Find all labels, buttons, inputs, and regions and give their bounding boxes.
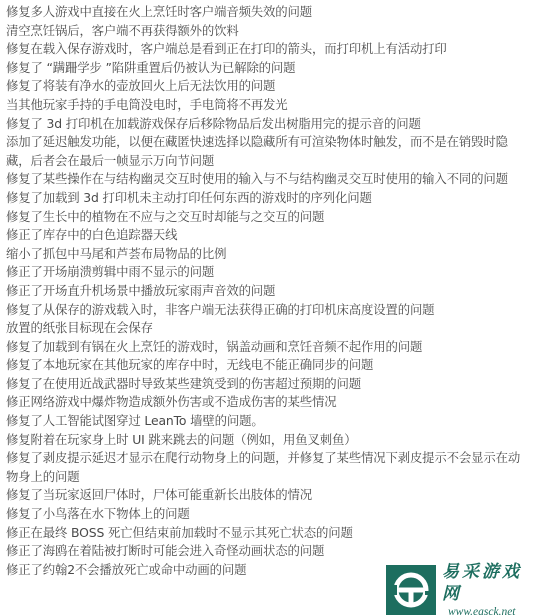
patch-notes-list: 修复多人游戏中直接在火上烹饪时客户端音频失效的问题 清空烹饪锅后，客户端不再获得… xyxy=(6,3,530,579)
note-item: 添加了延迟触发功能，以便在藏匿快速选择以隐藏所有可渲染物体时触发，而不是在销毁时… xyxy=(6,133,530,170)
note-item: 修复了加载到有锅在火上烹饪的游戏时，锅盖动画和烹饪音频不起作用的问题 xyxy=(6,338,530,357)
note-item: 修正网络游戏中爆炸物造成额外伤害或不造成伤害的某些情况 xyxy=(6,393,530,412)
note-item: 清空烹饪锅后，客户端不再获得额外的饮料 xyxy=(6,22,530,41)
note-item: 修复了 “蹒跚学步 ”陷阱重置后仍被认为已解除的问题 xyxy=(6,59,530,78)
note-item: 修复了当玩家返回尸体时，尸体可能重新长出肢体的情况 xyxy=(6,486,530,505)
note-item: 缩小了抓包中马尾和芦荟布局物品的比例 xyxy=(6,245,530,264)
note-item: 修复了小鸟落在水下物体上的问题 xyxy=(6,505,530,524)
note-item: 放置的纸张目标现在会保存 xyxy=(6,319,530,338)
note-item: 修复了在使用近战武器时导致某些建筑受到的伤害超过预期的问题 xyxy=(6,375,530,394)
note-item: 修复了 3d 打印机在加载游戏保存后移除物品后发出树脂用完的提示音的问题 xyxy=(6,115,530,134)
note-item: 修正了开场崩溃剪辑中雨不显示的问题 xyxy=(6,263,530,282)
note-item: 修复在载入保存游戏时，客户端总是看到正在打印的箭头，而打印机上有活动打印 xyxy=(6,40,530,59)
note-item: 修复了生长中的植物在不应与之交互时却能与之交互的问题 xyxy=(6,208,530,227)
note-item: 修正了库存中的白色追踪器天线 xyxy=(6,226,530,245)
note-item: 修复了从保存的游戏载入时，非客户端无法获得正确的打印机床高度设置的问题 xyxy=(6,301,530,320)
watermark-text: 易采游戏网 www.easck.net xyxy=(442,561,535,616)
note-item: 修复多人游戏中直接在火上烹饪时客户端音频失效的问题 xyxy=(6,3,530,22)
note-item: 修复了某些操作在与结构幽灵交互时使用的输入与不与结构幽灵交互时使用的输入不同的问… xyxy=(6,170,530,189)
note-item: 修正在最终 BOSS 死亡但结束前加载时不显示其死亡状态的问题 xyxy=(6,524,530,543)
note-item: 修正了海鸥在着陆被打断时可能会进入奇怪动画状态的问题 xyxy=(6,542,530,561)
note-item: 修复了人工智能试图穿过 LeanTo 墙壁的问题。 xyxy=(6,412,530,431)
note-item: 修复附着在玩家身上时 UI 跳来跳去的问题（例如，用鱼叉刺鱼） xyxy=(6,431,530,450)
site-logo-icon xyxy=(386,565,436,615)
note-item: 修复了将装有净水的壶放回火上后无法饮用的问题 xyxy=(6,77,530,96)
note-item: 修复了加载到 3d 打印机未主动打印任何东西的游戏时的序列化问题 xyxy=(6,189,530,208)
note-item: 修复了本地玩家在其他玩家的库存中时，无线电不能正确同步的问题 xyxy=(6,356,530,375)
note-item: 当其他玩家手持的手电筒没电时，手电筒将不再发光 xyxy=(6,96,530,115)
note-item: 修正了开场直升机场景中播放玩家雨声音效的问题 xyxy=(6,282,530,301)
watermark-url: www.easck.net xyxy=(448,605,535,616)
note-item: 修复了剥皮提示延迟才显示在爬行动物身上的问题，并修复了某些情况下剥皮提示不会显示… xyxy=(6,449,530,486)
watermark-name: 易采游戏网 xyxy=(442,561,535,605)
site-watermark: 易采游戏网 www.easck.net xyxy=(372,564,535,616)
